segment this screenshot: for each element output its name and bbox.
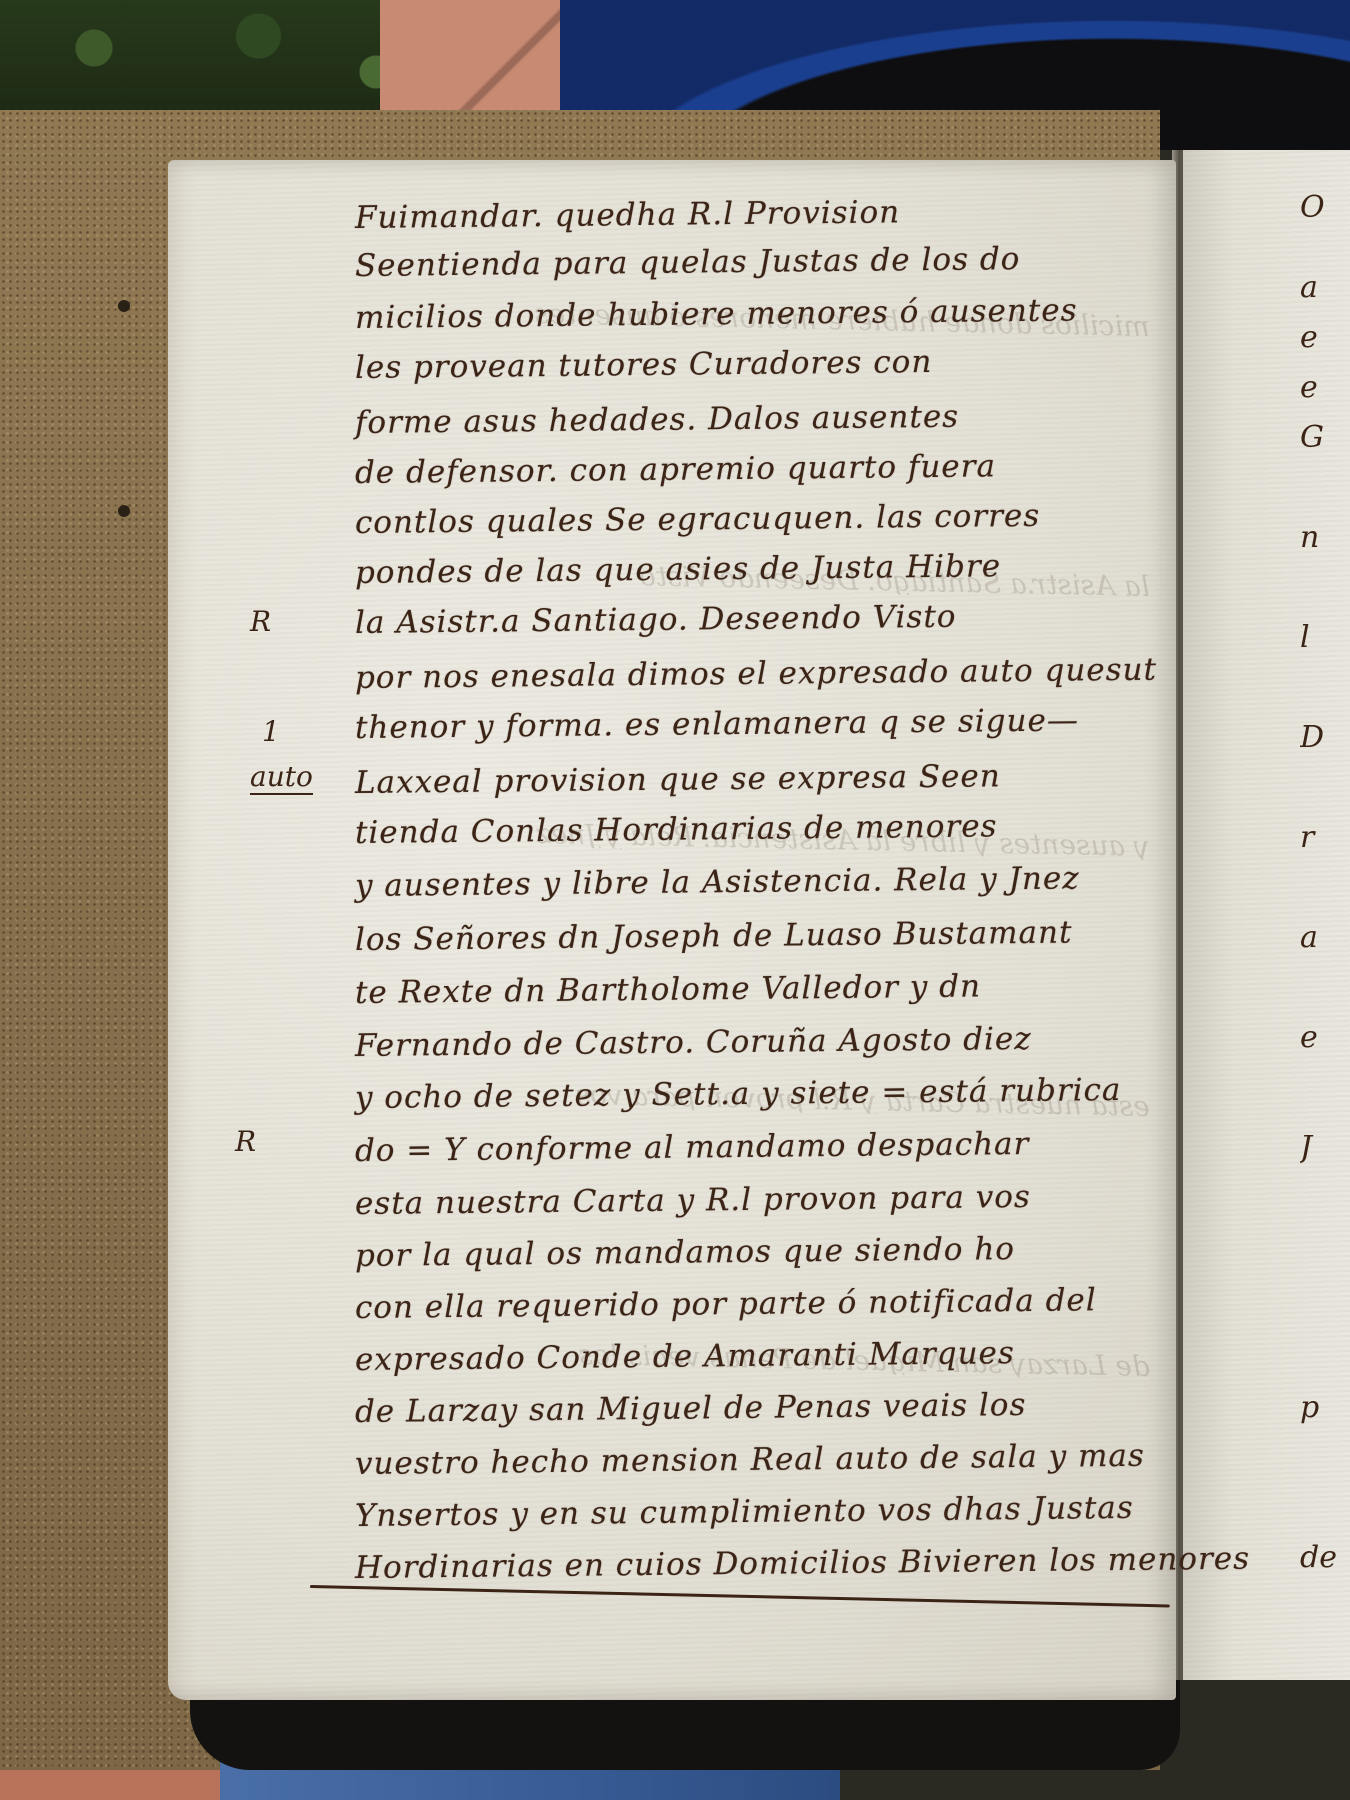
- manuscript-line: pondes de las que asies de Justa Hibre: [355, 546, 1175, 599]
- manuscript-line: forme asus hedades. Dalos ausentes: [355, 396, 1175, 449]
- manuscript-line: esta nuestra Carta y R.l provon para vos: [355, 1177, 1175, 1230]
- facing-page-fragment: G: [1300, 420, 1350, 455]
- manuscript-line: Hordinarias en cuios Domicilios Bivieren…: [355, 1541, 1175, 1594]
- margin-note-r: R: [235, 1125, 256, 1158]
- manuscript-line: Seentienda para quelas Justas de los do: [355, 239, 1175, 292]
- manuscript-line: Fuimandar. quedha R.l Provision: [355, 191, 1175, 244]
- manuscript-line: de defensor. con apremio quarto fuera: [355, 446, 1175, 499]
- facing-page-fragment: a: [1300, 920, 1350, 955]
- pin-hole-2: [118, 505, 130, 517]
- manuscript-line: por nos enesala dimos el expresado auto …: [355, 651, 1175, 704]
- manuscript-line: y ocho de setez y Sett.a y siete = está …: [355, 1071, 1175, 1124]
- manuscript-line: y ausentes y libre la Asistencia. Rela y…: [355, 859, 1175, 912]
- facing-page-fragment: r: [1300, 820, 1350, 855]
- manuscript-line: los Señores dn Joseph de Luaso Bustamant: [355, 913, 1175, 966]
- margin-note-r: R: [250, 605, 271, 638]
- facing-page-fragment: O: [1300, 190, 1350, 225]
- manuscript-line: les provean tutores Curadores con: [355, 341, 1175, 394]
- manuscript-line: Laxxeal provision que se expresa Seen: [355, 756, 1175, 809]
- facing-page-fragment: e: [1300, 370, 1350, 405]
- facing-page-fragment: D: [1300, 720, 1350, 755]
- manuscript-line: thenor y forma. es enlamanera q se sigue…: [355, 701, 1175, 754]
- pin-hole-1: [118, 300, 130, 312]
- margin-note-number: 1: [262, 715, 280, 748]
- manuscript-line: expresado Conde de Amaranti Marques: [355, 1333, 1175, 1386]
- facing-page-fragment: a: [1300, 270, 1350, 305]
- facing-page-fragment: l: [1300, 620, 1350, 655]
- facing-page-fragment: e: [1300, 320, 1350, 355]
- manuscript-line: Ynsertos y en su cumplimiento vos dhas J…: [355, 1489, 1175, 1542]
- manuscript-line: de Larzay san Miguel de Penas veais los: [355, 1385, 1175, 1438]
- facing-page-fragment: de: [1300, 1540, 1350, 1575]
- margin-note-auto: auto: [250, 760, 313, 795]
- manuscript-line: por la qual os mandamos que siendo ho: [355, 1229, 1175, 1282]
- manuscript-line: tienda Conlas Hordinarias de menores: [355, 806, 1175, 859]
- manuscript-line: micilios donde hubiere menores ó ausente…: [355, 291, 1175, 344]
- floor-tiles-bottom: [0, 1770, 230, 1800]
- facing-page-fragment: p: [1300, 1390, 1350, 1425]
- manuscript-line: do = Y conforme al mandamo despachar: [355, 1124, 1175, 1177]
- manuscript-line: contlos quales Se egracuquen. las corres: [355, 496, 1175, 549]
- facing-page-fragment: J: [1300, 1130, 1350, 1165]
- manuscript-line: Fernando de Castro. Coruña Agosto diez: [355, 1019, 1175, 1072]
- manuscript-line: la Asistr.a Santiago. Deseendo Visto: [355, 596, 1175, 649]
- manuscript-line: con ella requerido por parte ó notificad…: [355, 1281, 1175, 1334]
- facing-page-fragment: n: [1300, 520, 1350, 555]
- manuscript-line: vuestro hecho mension Real auto de sala …: [355, 1437, 1175, 1490]
- manuscript-line: te Rexte dn Bartholome Valledor y dn: [355, 966, 1175, 1019]
- facing-page-fragment: e: [1300, 1020, 1350, 1055]
